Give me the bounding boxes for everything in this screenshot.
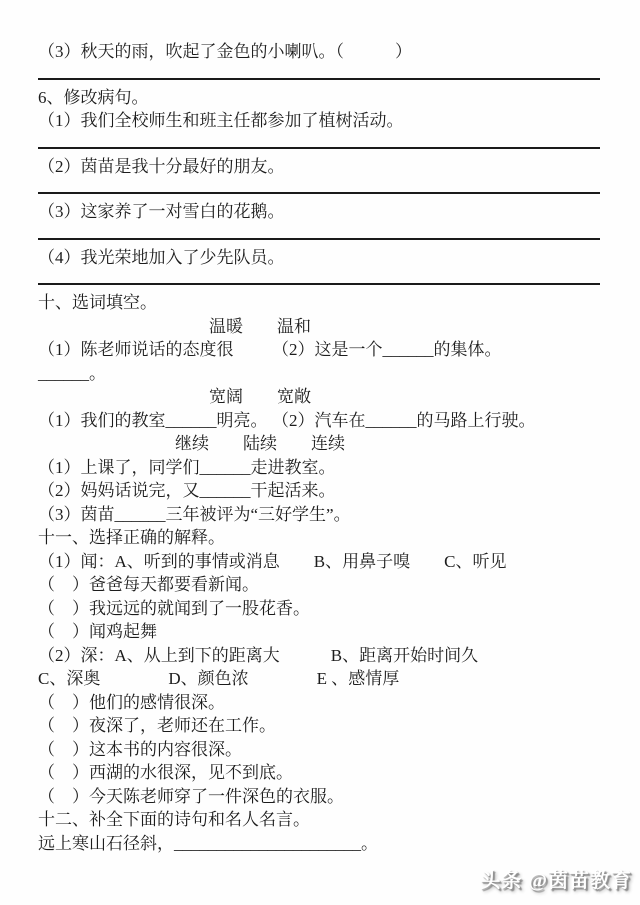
- q5-item-3: （3）秋天的雨，吹起了金色的小喇叭。（ ）: [38, 40, 600, 64]
- q10-item-1a: （1）陈老师说话的态度很______。: [38, 338, 272, 385]
- worksheet-content: （3）秋天的雨，吹起了金色的小喇叭。（ ） 6、修改病句。 （1）我们全校师生和…: [0, 0, 640, 855]
- q6-item-3: （3）这家养了一对雪白的花鹅。: [38, 200, 600, 224]
- toutiao-watermark: 头条 @茵苗教育: [480, 864, 632, 893]
- q11-word2-options-ab: （2）深：A、从上到下的距离大 B、距离开始时间久: [38, 644, 600, 668]
- q11-title: 十一、选择正确的解释。: [38, 526, 600, 550]
- q11-word1-options: （1）闻：A、听到的事情或消息 B、用鼻子嗅 C、听见: [38, 550, 600, 574]
- q10-row-2: （1）我们的教室______明亮。 （2）汽车在______的马路上行驶。: [38, 409, 600, 433]
- q10-title: 十、选词填空。: [38, 291, 600, 315]
- q12-title: 十二、补全下面的诗句和名人名言。: [38, 808, 600, 832]
- worksheet-page: （3）秋天的雨，吹起了金色的小喇叭。（ ） 6、修改病句。 （1）我们全校师生和…: [0, 0, 640, 905]
- divider-line: [38, 238, 600, 240]
- q10-item-2a: （1）我们的教室______明亮。: [38, 409, 272, 433]
- q11-word2-options-cde: C、深奥 D、颜色浓 E 、感情厚: [38, 667, 600, 691]
- q11-word2-item-2: （ ）夜深了，老师还在工作。: [38, 714, 600, 738]
- q11-word2-item-5: （ ）今天陈老师穿了一件深色的衣服。: [38, 785, 600, 809]
- q10-wordbank-3: 继续 陆续 连续: [38, 432, 482, 456]
- q11-word2-item-3: （ ）这本书的内容很深。: [38, 738, 600, 762]
- q11-word1-item-2: （ ）我远远的就闻到了一股花香。: [38, 597, 600, 621]
- q6-title: 6、修改病句。: [38, 86, 600, 110]
- q10-item-c3: （3）茵苗______三年被评为“三好学生”。: [38, 503, 600, 527]
- q10-wordbank-1: 温暖 温和: [38, 315, 482, 339]
- q10-item-c1: （1）上课了，同学们______走进教室。: [38, 456, 600, 480]
- q10-row-1: （1）陈老师说话的态度很______。 （2）这是一个______的集体。: [38, 338, 600, 385]
- q10-wordbank-2: 宽阔 宽敞: [38, 385, 482, 409]
- q10-item-2b: （2）汽车在______的马路上行驶。: [272, 409, 600, 433]
- divider-line: [38, 78, 600, 80]
- q6-item-1: （1）我们全校师生和班主任都参加了植树活动。: [38, 109, 600, 133]
- divider-line: [38, 192, 600, 194]
- q11-word1-item-3: （ ）闻鸡起舞: [38, 620, 600, 644]
- q12-verse-line: 远上寒山石径斜，______________________。: [38, 832, 600, 856]
- q11-word2-item-1: （ ）他们的感情很深。: [38, 691, 600, 715]
- q11-word2-item-4: （ ）西湖的水很深，见不到底。: [38, 761, 600, 785]
- q6-item-2: （2）茵苗是我十分最好的朋友。: [38, 155, 600, 179]
- q6-item-4: （4）我光荣地加入了少先队员。: [38, 246, 600, 270]
- divider-line: [38, 283, 600, 285]
- divider-line: [38, 147, 600, 149]
- q11-word1-item-1: （ ）爸爸每天都要看新闻。: [38, 573, 600, 597]
- q10-item-c2: （2）妈妈话说完，又______干起活来。: [38, 479, 600, 503]
- q10-item-1b: （2）这是一个______的集体。: [272, 338, 600, 385]
